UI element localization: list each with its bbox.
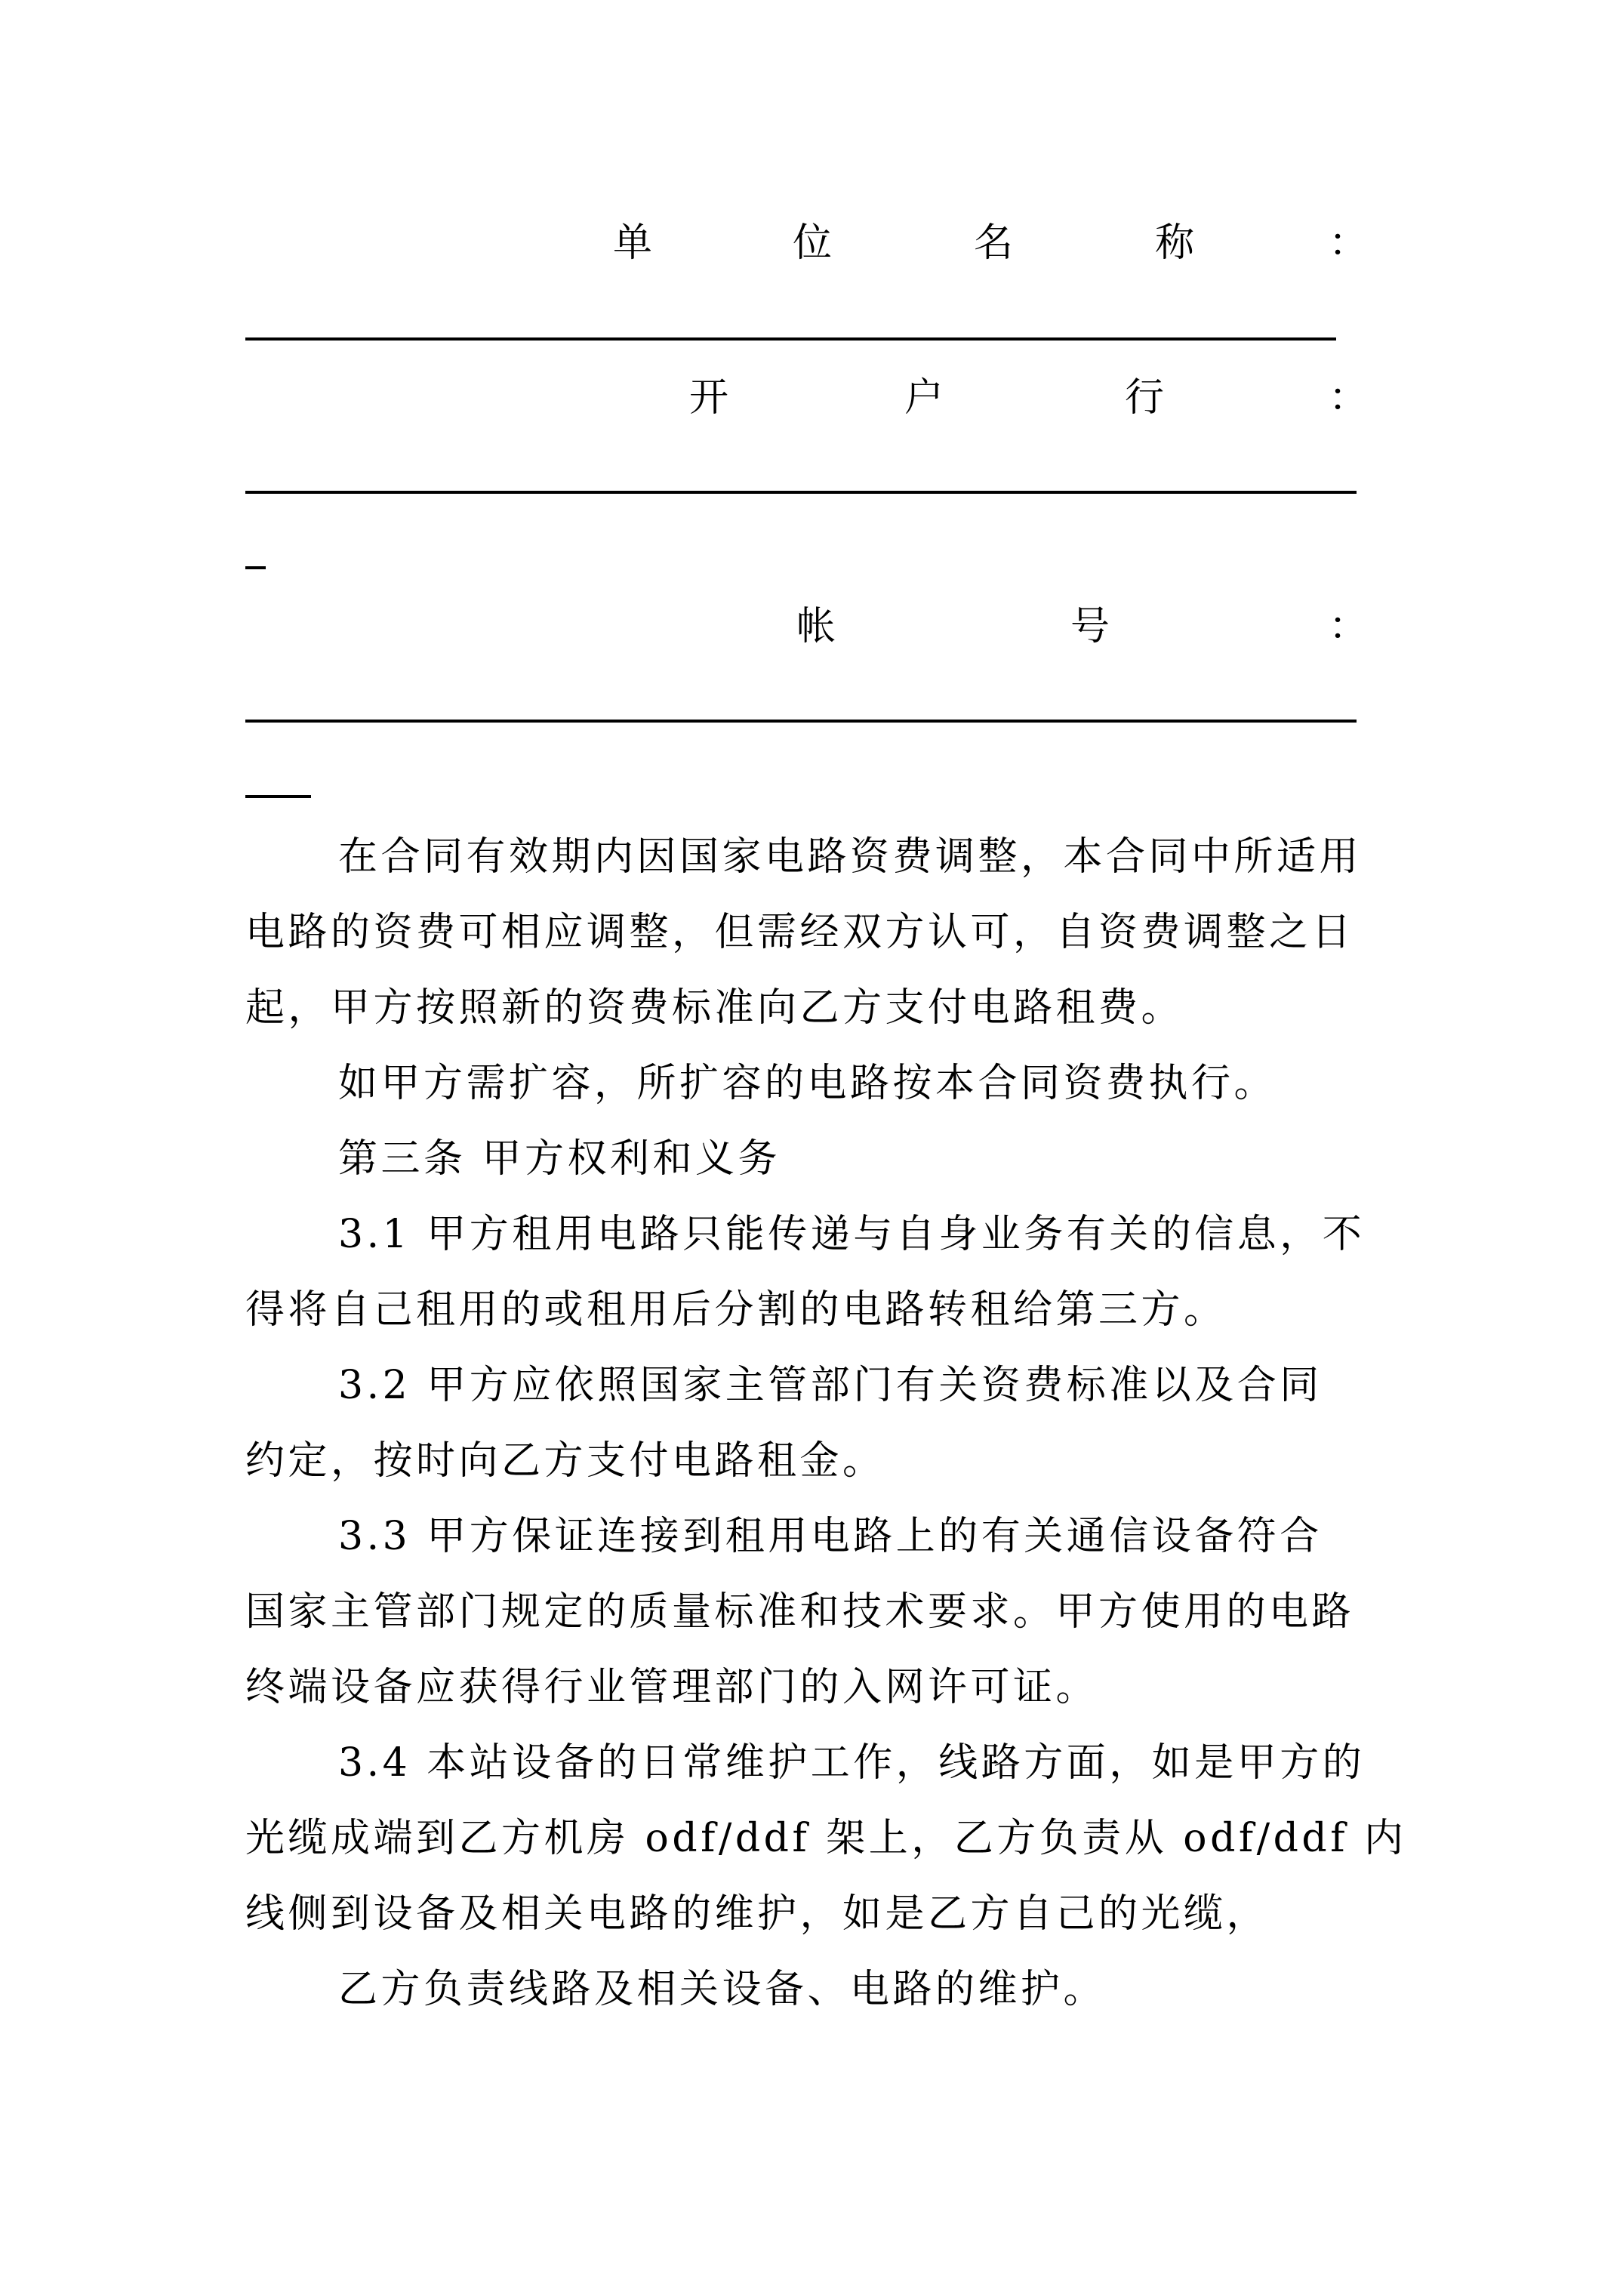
account-underline[interactable]: [245, 720, 1357, 723]
paragraph-line: 得将自己租用的或租用后分割的电路转租给第三方。: [245, 1272, 1363, 1348]
bank-underline-continuation: [245, 566, 266, 569]
bank-char: 开: [689, 375, 728, 421]
bank-char: 户: [904, 375, 944, 421]
unit-name-char: 单: [613, 220, 652, 266]
paragraph-line: 线侧到设备及相关电路的维护，如是乙方自己的光缆，: [245, 1876, 1363, 1952]
paragraph-line: 如甲方需扩容，所扩容的电路按本合同资费执行。: [338, 1046, 1455, 1121]
clause-3-1: 3.1 甲方租用电路只能传递与自身业务有关的信息，不: [338, 1197, 1455, 1272]
paragraph-line: 起，甲方按照新的资费标准向乙方支付电路租费。: [245, 970, 1363, 1046]
bank-underline[interactable]: [245, 491, 1357, 494]
colon: ：: [1329, 220, 1368, 266]
paragraph-line: 约定，按时向乙方支付电路租金。: [245, 1423, 1363, 1499]
clause-3-2: 3.2 甲方应依照国家主管部门有关资费标准以及合同: [338, 1348, 1455, 1423]
unit-name-underline[interactable]: [245, 337, 1336, 341]
account-underline-continuation: [245, 795, 311, 798]
clause-3-4: 3.4 本站设备的日常维护工作，线路方面，如是甲方的: [338, 1725, 1455, 1801]
paragraph-line: 终端设备应获得行业管理部门的入网许可证。: [245, 1650, 1363, 1725]
unit-name-char: 称: [1155, 220, 1194, 266]
bank-char: 行: [1125, 375, 1164, 421]
account-char: 号: [1070, 604, 1110, 649]
paragraph-line: 在合同有效期内因国家电路资费调整，本合同中所适用: [338, 819, 1455, 895]
colon: ：: [1329, 604, 1368, 649]
unit-name-char: 名: [974, 220, 1013, 266]
clause-3-3: 3.3 甲方保证连接到租用电路上的有关通信设备符合: [338, 1499, 1455, 1574]
colon: ：: [1329, 375, 1368, 421]
paragraph-line: 国家主管部门规定的质量标准和技术要求。甲方使用的电路: [245, 1574, 1363, 1650]
paragraph-line: 电路的资费可相应调整，但需经双方认可，自资费调整之日: [245, 895, 1363, 970]
paragraph-line: 光缆成端到乙方机房 odf/ddf 架上，乙方负责从 odf/ddf 内: [245, 1801, 1363, 1876]
account-char: 帐: [796, 604, 836, 649]
paragraph-line: 乙方负责线路及相关设备、电路的维护。: [338, 1952, 1455, 2027]
section-heading: 第三条 甲方权利和义务: [338, 1121, 1455, 1197]
unit-name-char: 位: [793, 220, 832, 266]
